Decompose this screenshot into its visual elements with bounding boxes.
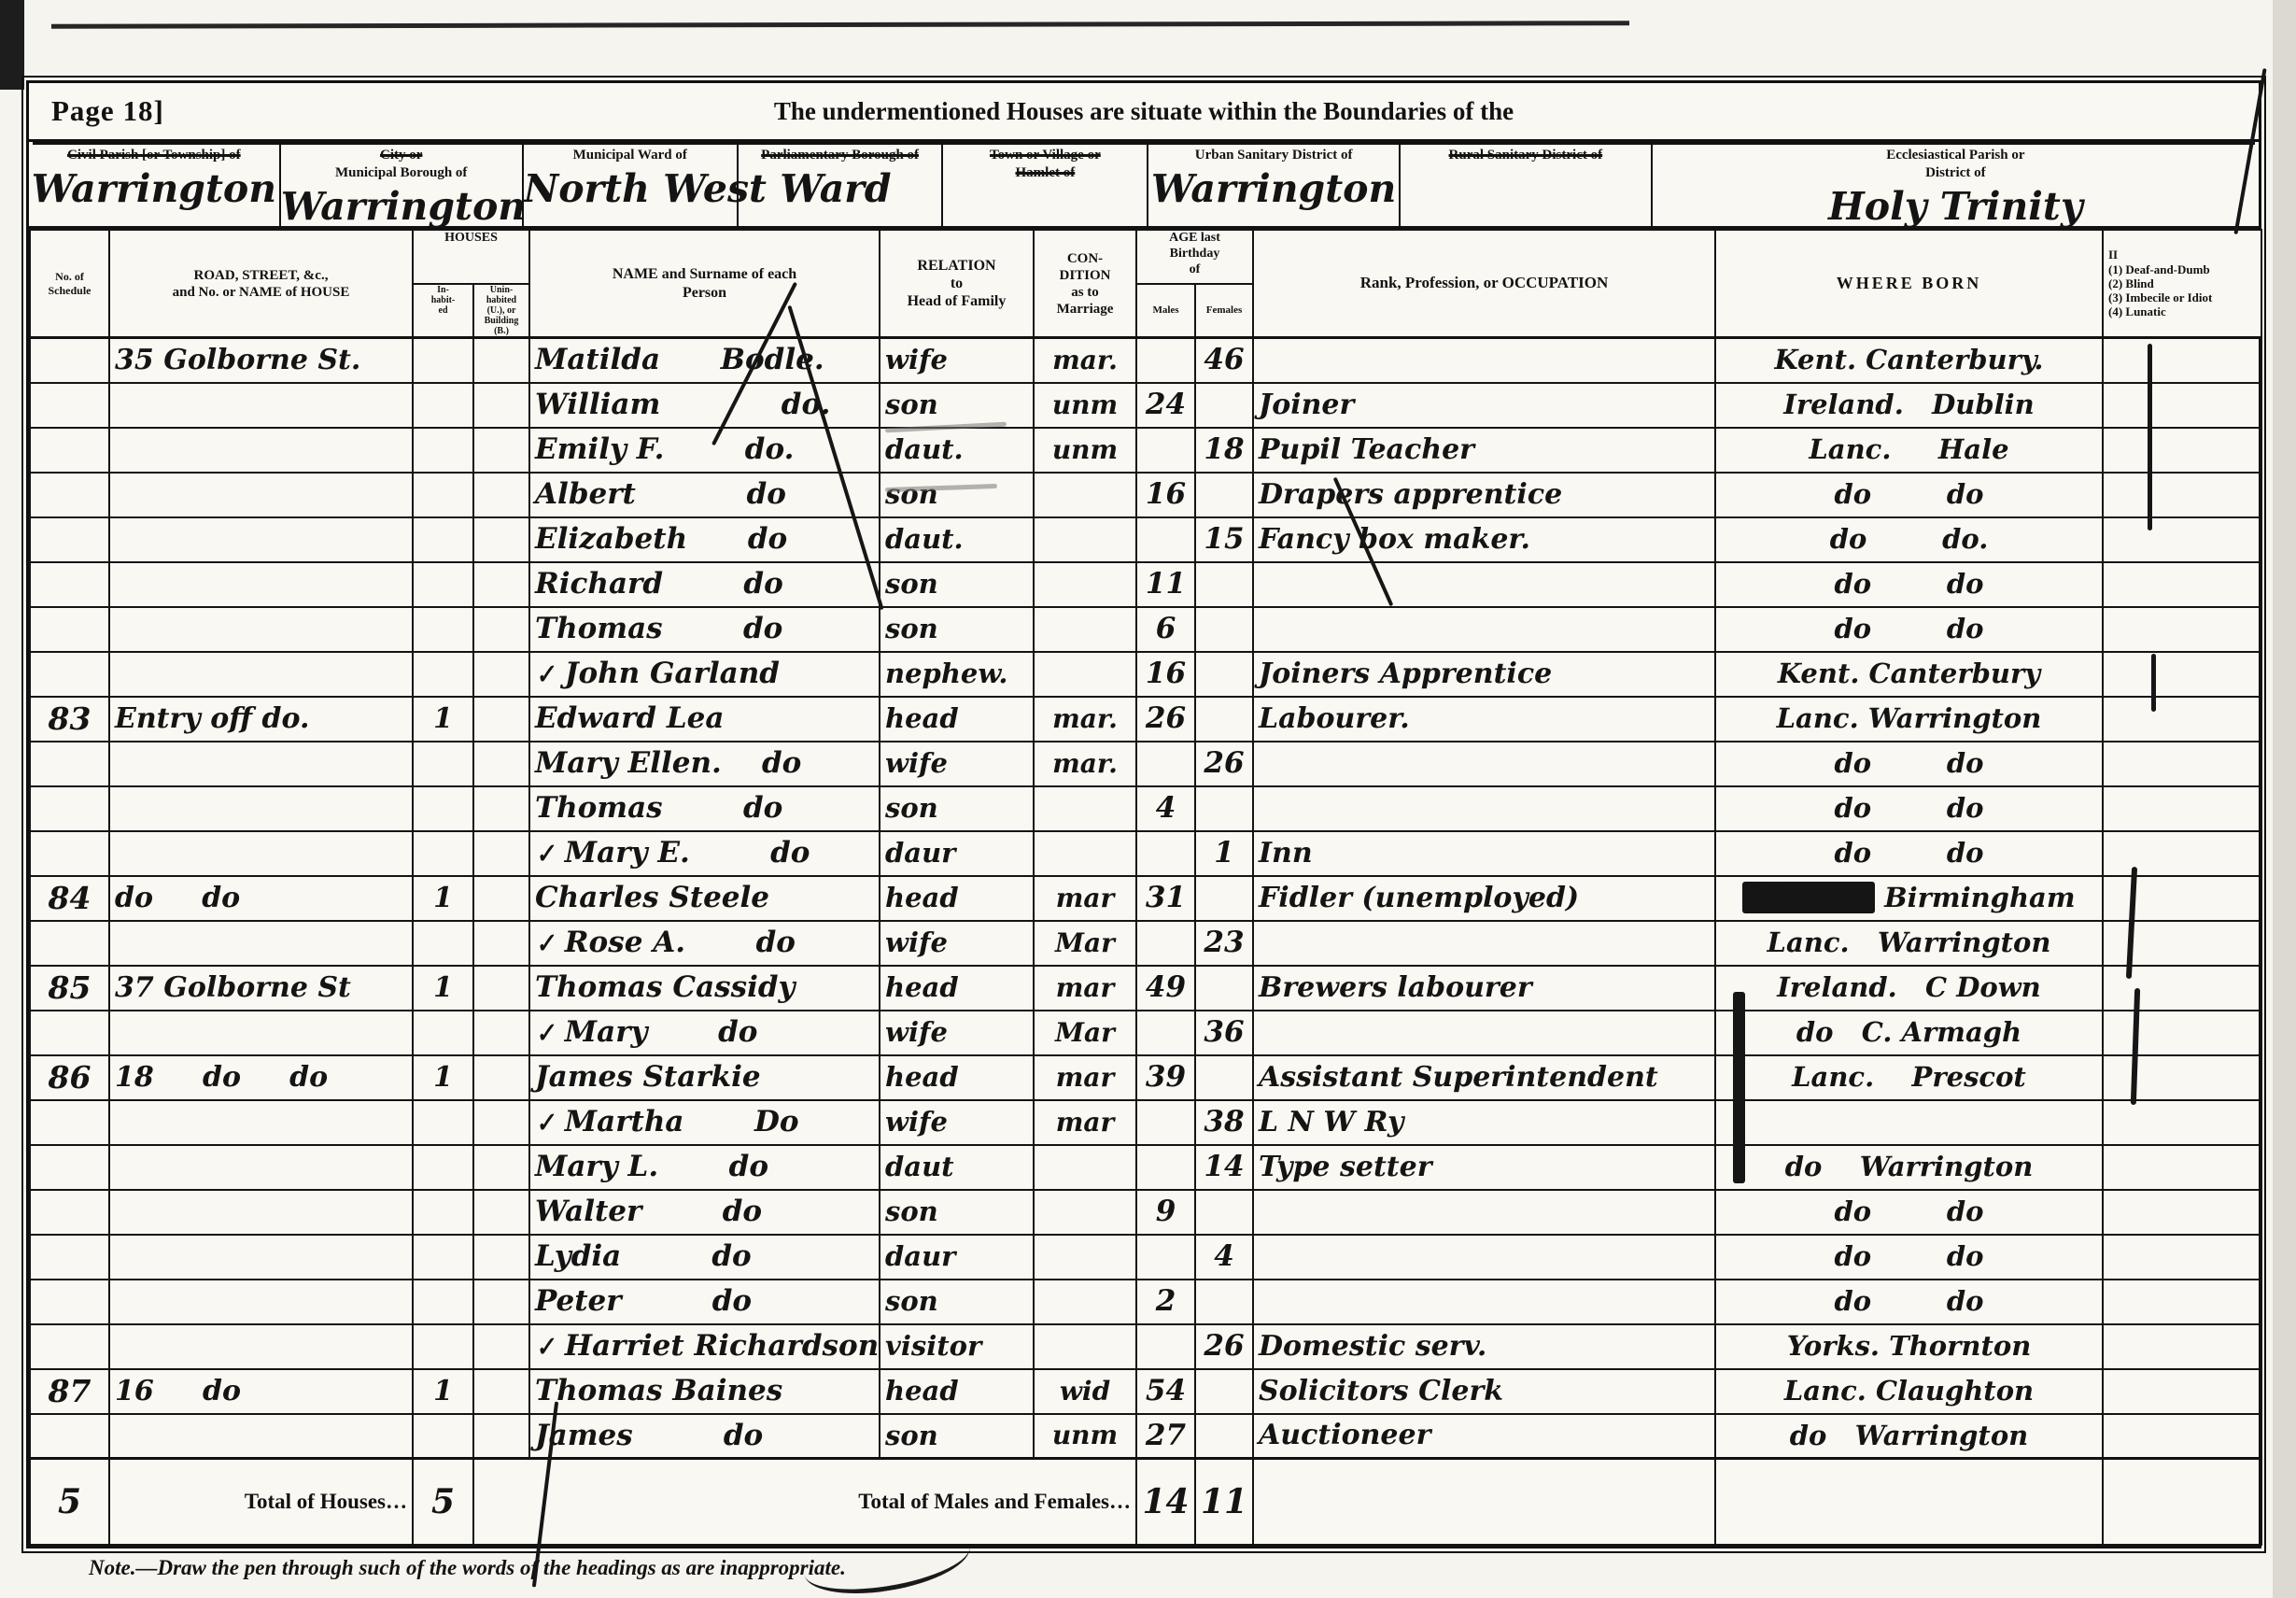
- totals-houses-margin: 5: [30, 1459, 109, 1545]
- cell-born: do C. Armagh: [1715, 1011, 2103, 1055]
- header-uninhabited: Unin- habited (U.), or Building (B.): [473, 284, 529, 338]
- cell-relation: daur: [880, 831, 1034, 876]
- cell-schedule: [30, 1011, 109, 1055]
- cell-relation: son: [880, 383, 1034, 428]
- table-row: William do.sonunm24JoinerIreland. Dublin: [30, 383, 2261, 428]
- cell-uninhabited: [473, 562, 529, 607]
- cell-uninhabited: [473, 428, 529, 473]
- cell-name: Lydia do: [529, 1235, 880, 1280]
- cell-occupation: [1253, 562, 1715, 607]
- cell-females: [1195, 1190, 1253, 1235]
- cell-inhabited: 1: [413, 966, 473, 1011]
- check-mark: ✓: [533, 1110, 557, 1137]
- cell-condition: [1034, 831, 1136, 876]
- district-band: Civil Parish [or Township] ofWarringtonC…: [29, 142, 2259, 229]
- cell-relation: daur: [880, 1235, 1034, 1280]
- cell-inhabited: 1: [413, 876, 473, 921]
- cell-males: [1136, 428, 1195, 473]
- cell-inhabited: [413, 1145, 473, 1190]
- cell-born: do do: [1715, 607, 2103, 652]
- cell-name: James do: [529, 1414, 880, 1459]
- cell-occupation: [1253, 607, 1715, 652]
- cell-schedule: [30, 338, 109, 383]
- cell-schedule: [30, 652, 109, 697]
- cell-road: Entry off do.: [109, 697, 413, 742]
- district-field: Rural Sanitary District of: [1401, 142, 1653, 226]
- cell-relation: son: [880, 607, 1034, 652]
- cell-males: 11: [1136, 562, 1195, 607]
- cell-females: [1195, 1369, 1253, 1414]
- cell-males: 39: [1136, 1055, 1195, 1100]
- cell-inhabited: [413, 428, 473, 473]
- cell-uninhabited: [473, 1190, 529, 1235]
- cell-born: Lanc. Claughton: [1715, 1369, 2103, 1414]
- cell-infirm: [2103, 607, 2261, 652]
- cell-relation: son: [880, 786, 1034, 831]
- cell-inhabited: [413, 473, 473, 517]
- cell-infirm: [2103, 1011, 2261, 1055]
- cell-schedule: [30, 1235, 109, 1280]
- check-mark: ✓: [533, 1020, 557, 1047]
- table-row: Richard doson11do do: [30, 562, 2261, 607]
- district-value: Warrington: [281, 184, 522, 229]
- cell-occupation: Domestic serv.: [1253, 1324, 1715, 1369]
- cell-occupation: [1253, 338, 1715, 383]
- cell-occupation: [1253, 1011, 1715, 1055]
- cell-uninhabited: [473, 1324, 529, 1369]
- cell-inhabited: [413, 1011, 473, 1055]
- district-label: City orMunicipal Borough of: [281, 147, 522, 182]
- header-males: Males: [1136, 284, 1195, 338]
- cell-road: 18 do do: [109, 1055, 413, 1100]
- table-row: Mary Ellen. dowifemar.26do do: [30, 742, 2261, 786]
- cell-uninhabited: [473, 1414, 529, 1459]
- cell-relation: son: [880, 473, 1034, 517]
- cell-males: [1136, 1235, 1195, 1280]
- table-row: Peter doson2do do: [30, 1280, 2261, 1324]
- header-houses-group: HOUSES: [413, 230, 529, 284]
- cell-females: [1195, 652, 1253, 697]
- cell-name: Thomas do: [529, 786, 880, 831]
- cell-uninhabited: [473, 607, 529, 652]
- table-header: No. of Schedule ROAD, STREET, &c., and N…: [30, 230, 2261, 338]
- cell-condition: Mar: [1034, 1011, 1136, 1055]
- cell-schedule: [30, 1280, 109, 1324]
- cell-infirm: [2103, 786, 2261, 831]
- total-males-value: 14: [1136, 1459, 1195, 1545]
- cell-females: [1195, 473, 1253, 517]
- cell-born: do do: [1715, 473, 2103, 517]
- cell-uninhabited: [473, 786, 529, 831]
- table-row: ✓Harriet Richardsonvisitor26Domestic ser…: [30, 1324, 2261, 1369]
- cell-schedule: [30, 383, 109, 428]
- header-name: NAME and Surname of each Person: [529, 230, 880, 338]
- district-value: North West Ward: [524, 166, 737, 211]
- cell-males: [1136, 831, 1195, 876]
- cell-females: 38: [1195, 1100, 1253, 1145]
- cell-schedule: [30, 1414, 109, 1459]
- cell-born: Ireland. C Down: [1715, 966, 2103, 1011]
- cell-condition: [1034, 1324, 1136, 1369]
- census-form: Page 18] The undermentioned Houses are s…: [26, 80, 2261, 1549]
- cell-occupation: Joiners Apprentice: [1253, 652, 1715, 697]
- cell-road: [109, 607, 413, 652]
- cell-occupation: Labourer.: [1253, 697, 1715, 742]
- cell-condition: unm: [1034, 428, 1136, 473]
- cell-road: [109, 742, 413, 786]
- cell-road: [109, 1414, 413, 1459]
- total-houses-label: Total of Houses…: [109, 1459, 413, 1545]
- cell-inhabited: [413, 1414, 473, 1459]
- cell-schedule: [30, 607, 109, 652]
- cell-inhabited: 1: [413, 697, 473, 742]
- cell-males: [1136, 742, 1195, 786]
- cell-infirm: [2103, 831, 2261, 876]
- cell-males: [1136, 1011, 1195, 1055]
- total-females-value: 11: [1195, 1459, 1253, 1545]
- cell-road: [109, 1011, 413, 1055]
- cell-uninhabited: [473, 517, 529, 562]
- cell-relation: wife: [880, 1011, 1034, 1055]
- cell-schedule: [30, 1100, 109, 1145]
- table-row: 8618 do do1James Starkieheadmar39Assista…: [30, 1055, 2261, 1100]
- cell-occupation: [1253, 1280, 1715, 1324]
- cell-name: Thomas Baines: [529, 1369, 880, 1414]
- district-label: Urban Sanitary District of: [1148, 147, 1399, 164]
- cell-road: [109, 1324, 413, 1369]
- district-value: Holy Trinity: [1653, 184, 2259, 229]
- cell-schedule: [30, 473, 109, 517]
- footer-note: Note.—Draw the pen through such of the w…: [89, 1556, 846, 1580]
- cell-infirm: [2103, 428, 2261, 473]
- cell-name: Elizabeth do: [529, 517, 880, 562]
- cell-road: [109, 652, 413, 697]
- cell-infirm: [2103, 1369, 2261, 1414]
- district-field: Town or Village orHamlet of: [943, 142, 1148, 226]
- cell-condition: unm: [1034, 383, 1136, 428]
- cell-name: William do.: [529, 383, 880, 428]
- cell-inhabited: [413, 921, 473, 966]
- cell-uninhabited: [473, 921, 529, 966]
- cell-inhabited: [413, 831, 473, 876]
- cell-name: Mary L. do: [529, 1145, 880, 1190]
- cell-schedule: 86: [30, 1055, 109, 1100]
- cell-uninhabited: [473, 383, 529, 428]
- cell-condition: Mar: [1034, 921, 1136, 966]
- cell-born: Warwks Birmingham: [1715, 876, 2103, 921]
- cell-occupation: Solicitors Clerk: [1253, 1369, 1715, 1414]
- cell-road: do do: [109, 876, 413, 921]
- check-mark: ✓: [533, 930, 557, 957]
- cell-females: [1195, 1055, 1253, 1100]
- cell-born: Yorks. Thornton: [1715, 1324, 2103, 1369]
- cell-schedule: 83: [30, 697, 109, 742]
- cell-road: [109, 517, 413, 562]
- cell-condition: [1034, 786, 1136, 831]
- cell-name: ✓Harriet Richardson: [529, 1324, 880, 1369]
- cell-schedule: 85: [30, 966, 109, 1011]
- cell-condition: mar: [1034, 1055, 1136, 1100]
- cell-road: 37 Golborne St: [109, 966, 413, 1011]
- cell-schedule: [30, 1145, 109, 1190]
- cell-relation: head: [880, 1055, 1034, 1100]
- cell-name: Walter do: [529, 1190, 880, 1235]
- cell-schedule: [30, 742, 109, 786]
- cell-schedule: 84: [30, 876, 109, 921]
- cell-name: Edward Lea: [529, 697, 880, 742]
- cell-uninhabited: [473, 1055, 529, 1100]
- cell-infirm: [2103, 1235, 2261, 1280]
- cell-relation: son: [880, 1414, 1034, 1459]
- cell-females: 26: [1195, 742, 1253, 786]
- table-row: ✓Martha Dowifemar38L N W Ry: [30, 1100, 2261, 1145]
- cell-relation: head: [880, 876, 1034, 921]
- header-occupation: Rank, Profession, or OCCUPATION: [1253, 230, 1715, 338]
- header-schedule: No. of Schedule: [30, 230, 109, 338]
- cell-born: Kent. Canterbury.: [1715, 338, 2103, 383]
- cell-infirm: [2103, 921, 2261, 966]
- census-table: No. of Schedule ROAD, STREET, &c., and N…: [29, 229, 2262, 1546]
- cell-females: 4: [1195, 1235, 1253, 1280]
- cell-name: ✓John Garland: [529, 652, 880, 697]
- cell-relation: son: [880, 1280, 1034, 1324]
- cell-uninhabited: [473, 742, 529, 786]
- cell-occupation: Drapers apprentice: [1253, 473, 1715, 517]
- total-males-females-label: Total of Males and Females…: [473, 1459, 1136, 1545]
- cell-occupation: Brewers labourer: [1253, 966, 1715, 1011]
- cell-schedule: [30, 428, 109, 473]
- cell-males: 9: [1136, 1190, 1195, 1235]
- cell-relation: son: [880, 1190, 1034, 1235]
- cell-schedule: [30, 831, 109, 876]
- cell-condition: mar.: [1034, 742, 1136, 786]
- cell-infirm: [2103, 876, 2261, 921]
- cell-condition: [1034, 473, 1136, 517]
- cell-condition: [1034, 607, 1136, 652]
- cell-condition: mar: [1034, 966, 1136, 1011]
- cell-inhabited: [413, 1190, 473, 1235]
- cell-infirm: [2103, 473, 2261, 517]
- district-field: City orMunicipal Borough ofWarrington: [281, 142, 524, 226]
- cell-condition: [1034, 1145, 1136, 1190]
- cell-males: [1136, 921, 1195, 966]
- cell-females: [1195, 1280, 1253, 1324]
- cell-infirm: [2103, 1414, 2261, 1459]
- cell-males: 16: [1136, 473, 1195, 517]
- cell-born: Lanc. Prescot: [1715, 1055, 2103, 1100]
- cell-road: [109, 1145, 413, 1190]
- cell-uninhabited: [473, 473, 529, 517]
- cell-males: 4: [1136, 786, 1195, 831]
- header-road: ROAD, STREET, &c., and No. or NAME of HO…: [109, 230, 413, 338]
- cell-males: 6: [1136, 607, 1195, 652]
- table-row: James dosonunm27Auctioneerdo Warrington: [30, 1414, 2261, 1459]
- cell-males: [1136, 338, 1195, 383]
- cell-inhabited: [413, 1324, 473, 1369]
- cell-condition: mar.: [1034, 338, 1136, 383]
- cell-males: 49: [1136, 966, 1195, 1011]
- cell-females: [1195, 697, 1253, 742]
- cell-occupation: [1253, 1235, 1715, 1280]
- cell-infirm: [2103, 338, 2261, 383]
- cell-occupation: Pupil Teacher: [1253, 428, 1715, 473]
- cell-uninhabited: [473, 1011, 529, 1055]
- cell-born: Kent. Canterbury: [1715, 652, 2103, 697]
- table-row: Lydia dodaur4do do: [30, 1235, 2261, 1280]
- cell-condition: [1034, 652, 1136, 697]
- table-row: 8537 Golborne St1Thomas Cassidyheadmar49…: [30, 966, 2261, 1011]
- cell-inhabited: [413, 1280, 473, 1324]
- cell-females: [1195, 383, 1253, 428]
- cell-infirm: [2103, 1324, 2261, 1369]
- table-row: Walter doson9do do: [30, 1190, 2261, 1235]
- scan-edge-top-left: [0, 0, 24, 90]
- cell-inhabited: [413, 517, 473, 562]
- cell-born: do do.: [1715, 517, 2103, 562]
- cell-born: Lanc. Hale: [1715, 428, 2103, 473]
- cell-road: [109, 1190, 413, 1235]
- cell-born: [1715, 1100, 2103, 1145]
- table-row: 84do do1Charles Steeleheadmar31Fidler (u…: [30, 876, 2261, 921]
- cell-females: [1195, 876, 1253, 921]
- census-body: 35 Golborne St.Matilda Bodle.wifemar.46K…: [30, 338, 2261, 1459]
- cell-males: 54: [1136, 1369, 1195, 1414]
- district-label: Parliamentary Borough of: [739, 147, 942, 164]
- cell-relation: daut: [880, 1145, 1034, 1190]
- table-row: 83Entry off do.1Edward Leaheadmar.26Labo…: [30, 697, 2261, 742]
- totals-row: 5 Total of Houses… 5 Total of Males and …: [30, 1459, 2261, 1545]
- cell-infirm: [2103, 1145, 2261, 1190]
- cell-infirm: [2103, 1055, 2261, 1100]
- cell-condition: mar: [1034, 1100, 1136, 1145]
- cell-condition: [1034, 517, 1136, 562]
- cell-name: ✓Rose A. do: [529, 921, 880, 966]
- cell-uninhabited: [473, 1145, 529, 1190]
- cell-name: Matilda Bodle.: [529, 338, 880, 383]
- cell-road: [109, 473, 413, 517]
- table-row: 35 Golborne St.Matilda Bodle.wifemar.46K…: [30, 338, 2261, 383]
- cell-relation: head: [880, 1369, 1034, 1414]
- district-field: Civil Parish [or Township] ofWarrington: [29, 142, 281, 226]
- cell-condition: [1034, 562, 1136, 607]
- census-scanned-page: Page 18] The undermentioned Houses are s…: [0, 0, 2296, 1598]
- cell-females: 46: [1195, 338, 1253, 383]
- cell-road: [109, 1100, 413, 1145]
- cell-infirm: [2103, 1100, 2261, 1145]
- cell-females: 14: [1195, 1145, 1253, 1190]
- cell-females: [1195, 607, 1253, 652]
- cell-name: Charles Steele: [529, 876, 880, 921]
- cell-uninhabited: [473, 338, 529, 383]
- cell-females: 1: [1195, 831, 1253, 876]
- cell-schedule: [30, 517, 109, 562]
- cell-relation: head: [880, 966, 1034, 1011]
- cell-occupation: Assistant Superintendent: [1253, 1055, 1715, 1100]
- header-age-group: AGE last Birthday of: [1136, 230, 1253, 284]
- cell-born: Ireland. Dublin: [1715, 383, 2103, 428]
- cell-condition: mar: [1034, 876, 1136, 921]
- cell-infirm: [2103, 562, 2261, 607]
- cell-occupation: Joiner: [1253, 383, 1715, 428]
- cell-relation: son: [880, 562, 1034, 607]
- cell-males: [1136, 1100, 1195, 1145]
- cell-road: [109, 383, 413, 428]
- cell-relation: nephew.: [880, 652, 1034, 697]
- header-females: Females: [1195, 284, 1253, 338]
- cell-name: Thomas do: [529, 607, 880, 652]
- cell-uninhabited: [473, 1369, 529, 1414]
- cell-males: 16: [1136, 652, 1195, 697]
- district-value: Warrington: [1148, 166, 1399, 211]
- district-field: Ecclesiastical Parish orDistrict ofHoly …: [1653, 142, 2259, 226]
- cell-males: 31: [1136, 876, 1195, 921]
- cell-males: 24: [1136, 383, 1195, 428]
- check-mark: ✓: [533, 661, 557, 688]
- cell-name: James Starkie: [529, 1055, 880, 1100]
- cell-condition: mar.: [1034, 697, 1136, 742]
- cell-inhabited: [413, 1100, 473, 1145]
- cell-occupation: [1253, 742, 1715, 786]
- cell-females: [1195, 562, 1253, 607]
- table-row: Elizabeth dodaut.15Fancy box maker.do do…: [30, 517, 2261, 562]
- cell-occupation: Inn: [1253, 831, 1715, 876]
- cell-males: [1136, 1324, 1195, 1369]
- table-row: Thomas doson4do do: [30, 786, 2261, 831]
- cell-males: [1136, 1145, 1195, 1190]
- cell-relation: wife: [880, 921, 1034, 966]
- district-label: Ecclesiastical Parish orDistrict of: [1653, 147, 2259, 182]
- header-inhabited: In- habit- ed: [413, 284, 473, 338]
- header-infirmities: II (1) Deaf-and-Dumb (2) Blind (3) Imbec…: [2103, 230, 2261, 338]
- cell-uninhabited: [473, 831, 529, 876]
- cell-relation: wife: [880, 742, 1034, 786]
- cell-name: Richard do: [529, 562, 880, 607]
- cell-schedule: [30, 786, 109, 831]
- cell-females: 23: [1195, 921, 1253, 966]
- cell-uninhabited: [473, 697, 529, 742]
- district-label: Civil Parish [or Township] of: [29, 147, 279, 164]
- cell-uninhabited: [473, 1235, 529, 1280]
- cell-females: [1195, 786, 1253, 831]
- cell-born: do do: [1715, 1190, 2103, 1235]
- cell-inhabited: 1: [413, 1369, 473, 1414]
- cell-females: 18: [1195, 428, 1253, 473]
- district-label: Rural Sanitary District of: [1401, 147, 1651, 164]
- cell-females: 15: [1195, 517, 1253, 562]
- cell-females: 26: [1195, 1324, 1253, 1369]
- cell-infirm: [2103, 652, 2261, 697]
- header-condition: CON- DITION as to Marriage: [1034, 230, 1136, 338]
- cell-inhabited: [413, 383, 473, 428]
- totals-empty-occupation: [1253, 1459, 1715, 1545]
- cell-condition: [1034, 1280, 1136, 1324]
- cell-condition: [1034, 1235, 1136, 1280]
- cell-uninhabited: [473, 966, 529, 1011]
- totals-empty-born: [1715, 1459, 2103, 1545]
- district-value: Warrington: [29, 166, 279, 211]
- cell-males: 2: [1136, 1280, 1195, 1324]
- cell-inhabited: [413, 652, 473, 697]
- table-row: Mary L. dodaut14Type setterdo Warrington: [30, 1145, 2261, 1190]
- cell-relation: wife: [880, 1100, 1034, 1145]
- cell-road: [109, 921, 413, 966]
- cell-condition: wid: [1034, 1369, 1136, 1414]
- cell-occupation: Auctioneer: [1253, 1414, 1715, 1459]
- cell-born: do do: [1715, 1235, 2103, 1280]
- cell-road: [109, 562, 413, 607]
- table-row: ✓John Garlandnephew.16Joiners Apprentice…: [30, 652, 2261, 697]
- cell-born: do do: [1715, 742, 2103, 786]
